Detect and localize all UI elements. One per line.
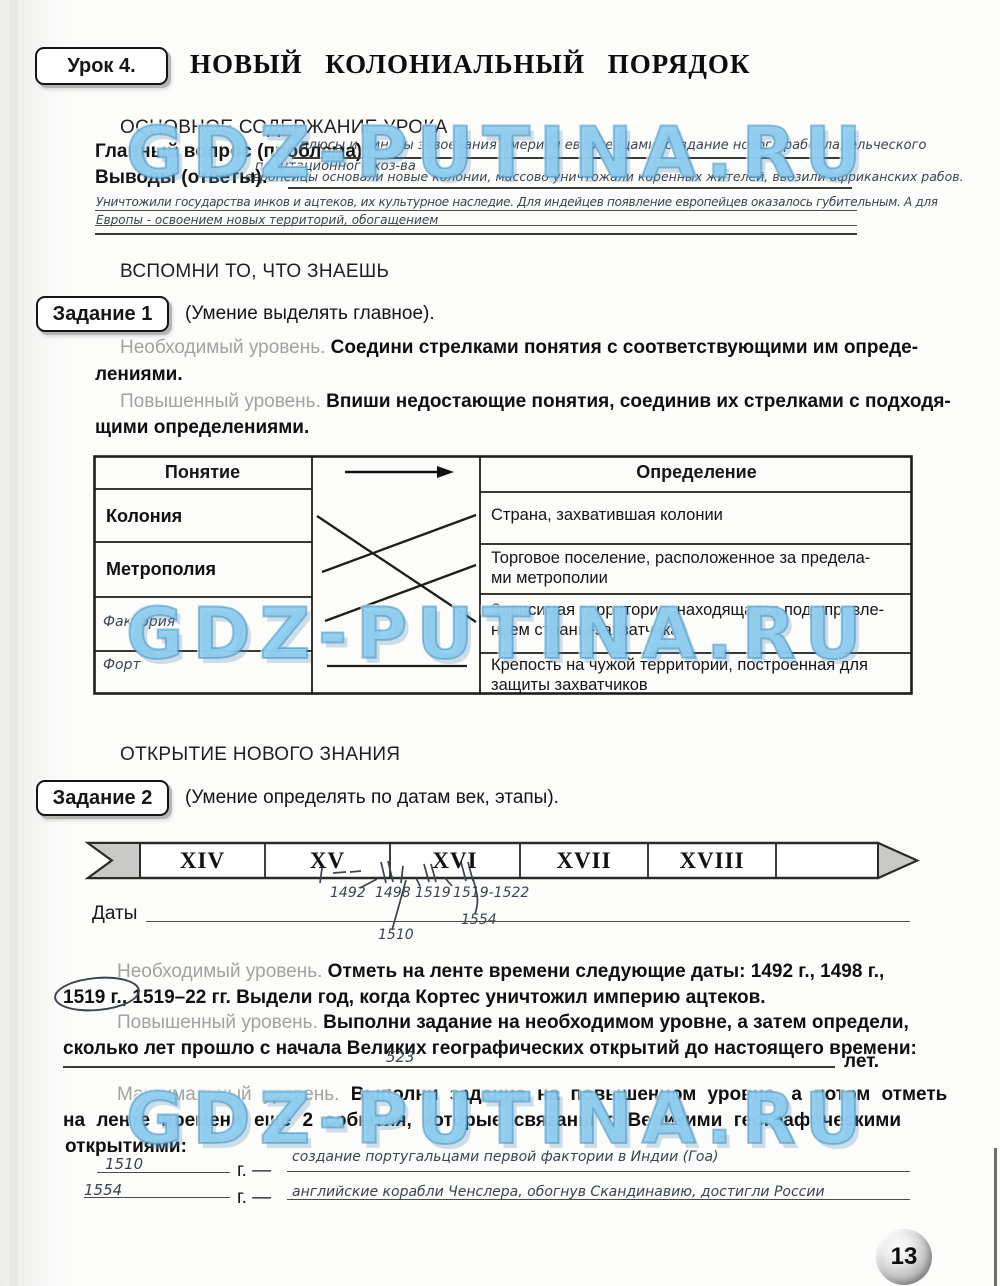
concept-hw-fort: Форт xyxy=(103,657,141,673)
task2-max-line2: на ленте времени ещё 2 события, которые … xyxy=(63,1110,901,1132)
event1-line xyxy=(287,1171,910,1172)
century-xviii: XVIII xyxy=(648,848,776,874)
task1-badge: Задание 1 xyxy=(36,296,169,332)
century-xiv: XIV xyxy=(140,848,265,874)
page-number: 13 xyxy=(891,1243,918,1271)
definition-2: Торговое поселение, расположенное за пре… xyxy=(491,549,911,588)
task2-required-line2: 1519 г., 1519–22 гг. Выдели год, когда К… xyxy=(63,987,766,1009)
definition-3-line2: нием страны-захватчика xyxy=(491,621,911,641)
table-header-definition: Определение xyxy=(480,462,913,483)
definition-2-line2: ми метрополии xyxy=(491,569,911,589)
required-level-label: Необходимый уровень. xyxy=(120,337,325,358)
event1-year: 1510 xyxy=(105,1155,143,1173)
timeline-date-1519-1522: 1519-1522 xyxy=(453,885,529,901)
recall-heading: ВСПОМНИ ТО, ЧТО ЗНАЕШЬ xyxy=(120,261,389,283)
concept-metropoliya: Метрополия xyxy=(106,559,216,580)
page-edge-line xyxy=(994,1148,997,1286)
max-level-label: Максимальный уровень. xyxy=(117,1084,339,1105)
concept-hw-faktoriya: Фактория xyxy=(103,614,175,630)
timeline-date-1510: 1510 xyxy=(378,927,414,943)
conclusions-answer-line1: европейцы основали новые колонии, массов… xyxy=(245,169,964,184)
timeline-date-1498: 1498 xyxy=(375,885,411,901)
required-level-label: Необходимый уровень. xyxy=(117,961,322,982)
page-title: НОВЫЙ КОЛОНИАЛЬНЫЙ ПОРЯДОК xyxy=(190,49,751,80)
discovery-heading: ОТКРЫТИЕ НОВОГО ЗНАНИЯ xyxy=(120,744,400,766)
definition-4-line2: защиты захватчиков xyxy=(491,676,911,696)
years-suffix: лет. xyxy=(844,1051,879,1072)
century-xvi: XVI xyxy=(390,848,520,874)
required-level-text2: лениями. xyxy=(95,364,183,385)
page-gutter-band xyxy=(9,0,18,1286)
event2-description: английские корабли Ченслера, обогнув Ска… xyxy=(292,1184,825,1200)
advanced-level-text2: щими определениями. xyxy=(95,417,309,438)
definition-4: Крепость на чужой территории, построенна… xyxy=(491,656,911,695)
lesson-badge: Урок 4. xyxy=(35,47,168,85)
timeline-date-1492: 1492 xyxy=(330,885,366,901)
workbook-page: Урок 4. НОВЫЙ КОЛОНИАЛЬНЫЙ ПОРЯДОК GDZ-P… xyxy=(0,0,1000,1286)
answer-line xyxy=(288,187,852,189)
task1-required-line1: Необходимый уровень. Соедини стрелками п… xyxy=(120,337,918,359)
task1-skill: (Умение выделять главное). xyxy=(185,303,435,325)
timeline-date-1519: 1519 xyxy=(415,885,451,901)
advanced-answer-line xyxy=(63,1066,835,1068)
advanced-level-text: Впиши недостающие понятия, соединив их с… xyxy=(321,391,951,412)
advanced-level-label: Повышенный уровень. xyxy=(120,391,321,412)
conclusions-answer-line2: Уничтожили государства инков и ацтеков, … xyxy=(96,195,938,209)
definition-3: Зависимая территория, находящаяся под уп… xyxy=(491,601,911,640)
answer-line xyxy=(95,210,857,211)
definition-2-line1: Торговое поселение, расположенное за пре… xyxy=(491,549,911,569)
lesson-badge-label: Урок 4. xyxy=(67,55,135,78)
task2-badge: Задание 2 xyxy=(36,780,169,816)
task2-skill: (Умение определять по датам век, этапы). xyxy=(185,787,559,809)
event1-year-line xyxy=(97,1172,230,1173)
dates-line xyxy=(146,921,910,922)
main-question-answer-line1: плюсы и минусы завоевания Америки европе… xyxy=(300,138,926,153)
task2-advanced-line2: сколько лет прошло с начала Великих геог… xyxy=(63,1038,917,1060)
task1-required-line2: лениями. xyxy=(95,364,183,386)
concept-koloniya: Колония xyxy=(106,506,182,527)
page-number-badge: 13 xyxy=(876,1229,932,1285)
summary-heading: ОСНОВНОЕ СОДЕРЖАНИЕ УРОКА xyxy=(120,117,448,139)
task2-max-line1: Максимальный уровень. Выполни задание на… xyxy=(117,1084,947,1106)
required-level-text: Отметь на ленте времени следующие даты: … xyxy=(322,961,884,982)
table-header-concept: Понятие xyxy=(93,462,312,483)
conclusions-label: Выводы (ответы): xyxy=(95,167,268,189)
task2-advanced-line1: Повышенный уровень. Выполни задание на н… xyxy=(117,1012,909,1034)
advanced-answer-years: 523 xyxy=(386,1048,415,1066)
event2-year-line xyxy=(84,1197,230,1198)
task1-advanced-line1: Повышенный уровень. Впиши недостающие по… xyxy=(120,391,951,413)
max-level-text3: открытиями: xyxy=(65,1136,187,1157)
event1-unit: г. — xyxy=(237,1160,271,1182)
dates-label: Даты xyxy=(92,903,137,925)
century-xv: XV xyxy=(265,848,390,874)
answer-line-empty xyxy=(95,233,857,235)
event1-description: создание португальцами первой фактории в… xyxy=(292,1149,718,1165)
definition-3-line1: Зависимая территория, находящаяся под уп… xyxy=(491,601,911,621)
task2-badge-label: Задание 2 xyxy=(53,787,153,810)
century-xvii: XVII xyxy=(520,848,648,874)
task1-badge-label: Задание 1 xyxy=(53,303,153,326)
max-level-text2: на ленте времени ещё 2 события, которые … xyxy=(63,1110,901,1131)
advanced-level-text2: сколько лет прошло с начала Великих геог… xyxy=(63,1038,917,1059)
event2-unit: г. — xyxy=(237,1187,271,1209)
advanced-level-text: Выполни задание на необходимом уровне, а… xyxy=(318,1012,909,1033)
definition-1: Страна, захватившая колонии xyxy=(491,506,911,526)
timeline-date-1554: 1554 xyxy=(461,912,497,928)
max-level-text: Выполни задание на повышенном уровне, а … xyxy=(339,1084,947,1105)
definition-1-line1: Страна, захватившая колонии xyxy=(491,506,911,526)
required-level-text2: 1519 г., 1519–22 гг. Выдели год, когда К… xyxy=(63,987,766,1008)
definition-4-line1: Крепость на чужой территории, построенна… xyxy=(491,656,911,676)
answer-line xyxy=(95,225,857,226)
task2-required-line1: Необходимый уровень. Отметь на ленте вре… xyxy=(117,961,884,983)
advanced-answer-suffix: лет. xyxy=(844,1051,879,1073)
task1-advanced-line2: щими определениями. xyxy=(95,417,309,439)
event2-line xyxy=(287,1199,910,1200)
advanced-level-label: Повышенный уровень. xyxy=(117,1012,318,1033)
required-level-text: Соедини стрелками понятия с соответствую… xyxy=(325,337,918,358)
